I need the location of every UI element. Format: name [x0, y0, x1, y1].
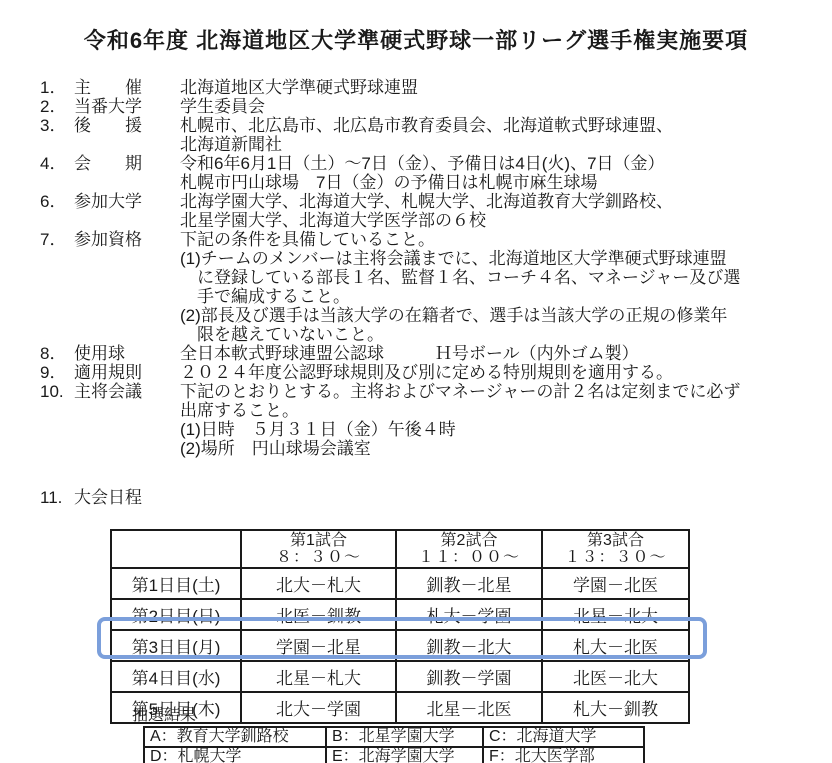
schedule-game-header: 第2試合１１：００～ — [396, 530, 542, 568]
matchup-cell: 釧教－学園 — [396, 661, 542, 692]
lottery-caption: 抽選結果 — [132, 707, 645, 725]
item-number: 4． — [40, 154, 74, 192]
lottery-row: D：札幌大学E：北海学園大学F：北大医学部 — [144, 747, 644, 763]
item-line: (2)部長及び選手は当該大学の在籍者で、選手は当該大学の正規の修業年 — [180, 306, 808, 325]
schedule-row: 第2日目(日)北医－釧教札大－学園北星－北大 — [111, 599, 689, 630]
lottery-cell: E：北海学園大学 — [326, 747, 483, 763]
item-line: 学生委員会 — [180, 97, 808, 116]
item-content: 下記の条件を具備していること。(1)チームのメンバーは主将会議までに、北海道地区… — [180, 230, 808, 344]
list-item: 10.主将会議下記のとおりとする。主将およびマネージャーの計２名は定刻までに必ず… — [40, 382, 808, 458]
item-content: 学生委員会 — [180, 97, 808, 116]
item-line: 出席すること。 — [180, 401, 808, 420]
item-line: 札幌市、北広島市、北広島市教育委員会、北海道軟式野球連盟、 — [180, 116, 808, 135]
game-name: 第3試合 — [543, 532, 688, 549]
day-cell: 第3日目(月) — [111, 630, 241, 661]
schedule-header-row: 第1試合８：３０～第2試合１１：００～第3試合１３：３０～ — [111, 530, 689, 568]
lottery-cell: C：北海道大学 — [483, 727, 644, 747]
item-label: 参加大学 — [74, 192, 180, 230]
item-line: ２０２４年度公認野球規則及び別に定める特別規則を適用する。 — [180, 363, 808, 382]
item-line: 札幌市円山球場 7日（金）の予備日は札幌市麻生球場 — [180, 173, 808, 192]
game-start-time: ８：３０～ — [242, 549, 395, 566]
item-content: 全日本軟式野球連盟公認球 Ｈ号ボール（内外ゴム製） — [180, 344, 808, 363]
schedule-row: 第1日目(土)北大－札大釧教－北星学園－北医 — [111, 568, 689, 599]
item-content: ２０２４年度公認野球規則及び別に定める特別規則を適用する。 — [180, 363, 808, 382]
item-line: 令和6年6月1日（土）～7日（金）、予備日は4日(火)、7日（金） — [180, 154, 808, 173]
item-number: 7． — [40, 230, 74, 344]
item-content: 北海道地区大学準硬式野球連盟 — [180, 78, 808, 97]
item-line: 下記の条件を具備していること。 — [180, 230, 808, 249]
item-label: 参加資格 — [74, 230, 180, 344]
item-line: 北海学園大学、北海道大学、札幌大学、北海道教育大学釧路校、 — [180, 192, 808, 211]
schedule-corner-cell — [111, 530, 241, 568]
item-label: 当番大学 — [74, 97, 180, 116]
list-item: 8．使用球全日本軟式野球連盟公認球 Ｈ号ボール（内外ゴム製） — [40, 344, 808, 363]
item-number: 1． — [40, 78, 74, 97]
item-label: 主 催 — [74, 78, 180, 97]
item-line: 手で編成すること。 — [180, 287, 808, 306]
lottery-row: A：教育大学釧路校B：北星学園大学C：北海道大学 — [144, 727, 644, 747]
numbered-list: 1．主 催北海道地区大学準硬式野球連盟2．当番大学学生委員会3．後 援札幌市、北… — [40, 78, 808, 507]
schedule-row: 第4日目(水)北星－札大釧教－学園北医－北大 — [111, 661, 689, 692]
lottery-cell: A：教育大学釧路校 — [144, 727, 326, 747]
item-content: 北海学園大学、北海道大学、札幌大学、北海道教育大学釧路校、北星学園大学、北海道大… — [180, 192, 808, 230]
list-item: 11.大会日程 — [40, 488, 808, 507]
lottery-cell: F：北大医学部 — [483, 747, 644, 763]
document-title: 令和6年度 北海道地区大学準硬式野球一部リーグ選手権実施要項 — [0, 24, 832, 55]
item-number: 2． — [40, 97, 74, 116]
day-cell: 第1日目(土) — [111, 568, 241, 599]
item-content: 下記のとおりとする。主将およびマネージャーの計２名は定刻までに必ず出席すること。… — [180, 382, 808, 458]
matchup-cell: 北星－札大 — [241, 661, 396, 692]
item-label: 会 期 — [74, 154, 180, 192]
item-content: 令和6年6月1日（土）～7日（金）、予備日は4日(火)、7日（金）札幌市円山球場… — [180, 154, 808, 192]
matchup-cell: 北医－北大 — [542, 661, 689, 692]
lottery-section: 抽選結果 A：教育大学釧路校B：北星学園大学C：北海道大学D：札幌大学E：北海学… — [132, 707, 645, 763]
document-page: 令和6年度 北海道地区大学準硬式野球一部リーグ選手権実施要項 1．主 催北海道地… — [0, 0, 832, 763]
game-name: 第1試合 — [242, 532, 395, 549]
list-item: 7．参加資格下記の条件を具備していること。(1)チームのメンバーは主将会議までに… — [40, 230, 808, 344]
item-label: 大会日程 — [74, 488, 180, 507]
lottery-table: A：教育大学釧路校B：北星学園大学C：北海道大学D：札幌大学E：北海学園大学F：… — [143, 726, 645, 763]
matchup-cell: 学園－北医 — [542, 568, 689, 599]
list-item: 1．主 催北海道地区大学準硬式野球連盟 — [40, 78, 808, 97]
matchup-cell: 釧教－北星 — [396, 568, 542, 599]
schedule-table: 第1試合８：３０～第2試合１１：００～第3試合１３：３０～第1日目(土)北大－札… — [110, 529, 690, 724]
schedule-section: 第1試合８：３０～第2試合１１：００～第3試合１３：３０～第1日目(土)北大－札… — [110, 529, 690, 724]
matchup-cell: 北星－北大 — [542, 599, 689, 630]
item-line: に登録している部長１名、監督１名、コーチ４名、マネージャー及び選 — [180, 268, 808, 287]
matchup-cell: 北医－釧教 — [241, 599, 396, 630]
item-line: 北星学園大学、北海道大学医学部の６校 — [180, 211, 808, 230]
day-cell: 第4日目(水) — [111, 661, 241, 692]
item-line: (2)場所 円山球場会議室 — [180, 439, 808, 458]
matchup-cell: 釧教－北大 — [396, 630, 542, 661]
schedule-game-header: 第1試合８：３０～ — [241, 530, 396, 568]
item-line: (1)日時 ５月３１日（金）午後４時 — [180, 420, 808, 439]
item-content: 札幌市、北広島市、北広島市教育委員会、北海道軟式野球連盟、北海道新聞社 — [180, 116, 808, 154]
item-number: 3． — [40, 116, 74, 154]
item-line: 北海道新聞社 — [180, 135, 808, 154]
item-number: 6． — [40, 192, 74, 230]
list-item: 6．参加大学北海学園大学、北海道大学、札幌大学、北海道教育大学釧路校、北星学園大… — [40, 192, 808, 230]
lottery-cell: B：北星学園大学 — [326, 727, 483, 747]
lottery-cell: D：札幌大学 — [144, 747, 326, 763]
list-item: 9．適用規則２０２４年度公認野球規則及び別に定める特別規則を適用する。 — [40, 363, 808, 382]
item-label: 後 援 — [74, 116, 180, 154]
item-line: 全日本軟式野球連盟公認球 Ｈ号ボール（内外ゴム製） — [180, 344, 808, 363]
list-item: 2．当番大学学生委員会 — [40, 97, 808, 116]
list-item: 4．会 期令和6年6月1日（土）～7日（金）、予備日は4日(火)、7日（金）札幌… — [40, 154, 808, 192]
schedule-row-highlighted: 第3日目(月)学園－北星釧教－北大札大－北医 — [111, 630, 689, 661]
item-line: 北海道地区大学準硬式野球連盟 — [180, 78, 808, 97]
day-cell: 第2日目(日) — [111, 599, 241, 630]
item-line: (1)チームのメンバーは主将会議までに、北海道地区大学準硬式野球連盟 — [180, 249, 808, 268]
game-start-time: １３：３０～ — [543, 549, 688, 566]
item-line: 限を越えていないこと。 — [180, 325, 808, 344]
matchup-cell: 学園－北星 — [241, 630, 396, 661]
item-line: 下記のとおりとする。主将およびマネージャーの計２名は定刻までに必ず — [180, 382, 808, 401]
game-name: 第2試合 — [397, 532, 541, 549]
matchup-cell: 札大－学園 — [396, 599, 542, 630]
item-number: 9． — [40, 363, 74, 382]
item-content — [180, 488, 808, 507]
schedule-game-header: 第3試合１３：３０～ — [542, 530, 689, 568]
item-label: 適用規則 — [74, 363, 180, 382]
item-number: 11. — [40, 488, 74, 507]
item-label: 使用球 — [74, 344, 180, 363]
item-number: 10. — [40, 382, 74, 458]
item-number: 8． — [40, 344, 74, 363]
matchup-cell: 札大－北医 — [542, 630, 689, 661]
matchup-cell: 北大－札大 — [241, 568, 396, 599]
game-start-time: １１：００～ — [397, 549, 541, 566]
item-label: 主将会議 — [74, 382, 180, 458]
list-item: 3．後 援札幌市、北広島市、北広島市教育委員会、北海道軟式野球連盟、北海道新聞社 — [40, 116, 808, 154]
